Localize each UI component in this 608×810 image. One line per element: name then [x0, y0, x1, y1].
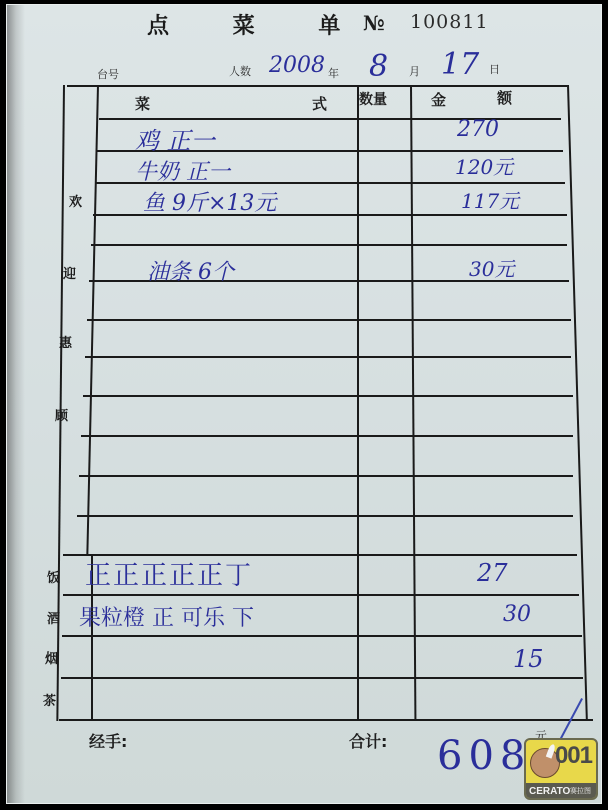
table-right-border: [567, 85, 588, 721]
dish-row-1-amount: 270: [457, 117, 499, 142]
people-count-label: 人数: [229, 63, 251, 79]
amount-divider: [410, 85, 416, 721]
day-label: 日: [489, 61, 500, 77]
row-line: [83, 395, 573, 397]
rice-amount: 27: [477, 559, 508, 587]
handler-label: 经手:: [89, 729, 127, 752]
month-value: 8: [369, 49, 388, 84]
banner-char: 迎: [63, 263, 76, 282]
banner-char: 顾: [55, 405, 68, 424]
total-value: 608: [437, 733, 531, 779]
serial-number: 100811: [410, 11, 489, 33]
row-line: [63, 594, 579, 596]
row-line: [61, 677, 583, 679]
day-value: 17: [441, 47, 479, 82]
dish-row-2-name: 牛奶 正一: [135, 155, 230, 186]
table-top-border: [67, 85, 567, 87]
total-label: 合计:: [349, 729, 387, 752]
rice-tally: 正正正正正丁: [85, 555, 253, 592]
form-title: 点 菜 单: [147, 9, 368, 40]
extra-label-tobacco: 烟: [45, 648, 58, 667]
row-line: [79, 475, 573, 477]
extra-label-rice: 饭: [47, 567, 60, 586]
logo-brand: CERATO: [529, 786, 570, 797]
row-line: [85, 356, 571, 358]
column-quantity: 数量: [359, 89, 387, 109]
table-bottom-border: [59, 719, 593, 721]
column-amount-right: 额: [497, 87, 512, 108]
dish-row-5-amount: 30元: [469, 253, 514, 282]
tobacco-amount: 15: [513, 645, 544, 673]
banner-char: 欢: [69, 191, 82, 210]
column-dish-left: 菜: [135, 93, 150, 114]
year-label: 年: [328, 65, 339, 81]
drinks-amount: 30: [503, 602, 531, 627]
order-slip: 点 菜 单 № 100811 台号 人数 2008 年 8 月 17 日 菜 式…: [6, 4, 602, 804]
logo-subtitle: 赛拉图: [570, 786, 591, 796]
quantity-divider: [357, 85, 359, 721]
cerato-watermark-logo: 001 CERATO 赛拉图: [524, 738, 598, 800]
serial-label: №: [363, 11, 385, 35]
dish-row-3-amount: 117元: [461, 185, 519, 214]
row-line: [62, 635, 582, 637]
row-line: [87, 319, 571, 321]
dish-row-1-name: 鸡 正一: [135, 121, 215, 156]
row-line: [91, 244, 567, 246]
month-label: 月: [409, 63, 420, 79]
logo-number: 001: [555, 742, 592, 770]
drinks-tally: 果粒橙 正 可乐 下: [79, 601, 254, 632]
banner-char: 惠: [59, 332, 72, 351]
dish-row-2-amount: 120元: [455, 151, 513, 180]
extra-label-tea: 茶: [43, 690, 56, 709]
column-dish-right: 式: [312, 93, 327, 114]
dish-row-3-name: 鱼 9斤×13元: [143, 186, 276, 217]
row-line: [77, 515, 573, 517]
extra-label-wine: 酒: [47, 608, 60, 627]
year-value: 2008: [269, 53, 325, 78]
row-line: [81, 435, 573, 437]
dish-row-5-name: 油条 6个: [147, 255, 234, 286]
column-amount-left: 金: [431, 89, 446, 110]
table-number-label: 台号: [97, 66, 119, 82]
